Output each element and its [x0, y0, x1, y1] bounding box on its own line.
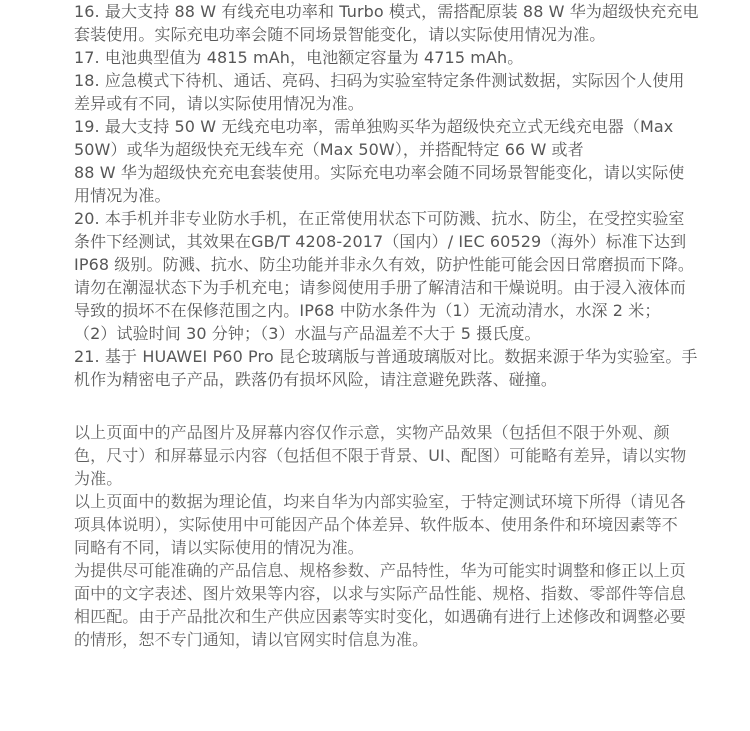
disclaimer-updates: 为提供尽可能准确的产品信息、规格参数、产品特性，华为可能实时调整和修正以上页 面…	[74, 559, 694, 651]
footnote-line: 18. 应急模式下待机、通话、亮码、扫码为实验室特定条件测试数据，实际因个人使用	[74, 69, 694, 92]
disclaimer-line: 项具体说明），实际使用中可能因产品个体差异、软件版本、使用条件和环境因素等不	[74, 513, 694, 536]
disclaimer-line: 相匹配。由于产品批次和生产供应因素等实时变化，如遇确有进行上述修改和调整必要	[74, 605, 694, 628]
footnote-line: 机作为精密电子产品，跌落仍有损坏风险，请注意避免跌落、碰撞。	[74, 368, 694, 391]
footnote-line: 用情况为准。	[74, 184, 694, 207]
disclaimer-line: 色，尺寸）和屏幕显示内容（包括但不限于背景、UI、配图）可能略有差异，请以实物	[74, 444, 694, 467]
disclaimer-line: 面中的文字表述、图片效果等内容，以求与实际产品性能、规格、指数、零部件等信息	[74, 582, 694, 605]
footnote-line: 21. 基于 HUAWEI P60 Pro 昆仑玻璃版与普通玻璃版对比。数据来源…	[74, 345, 694, 368]
footnote-line: 19. 最大支持 50 W 无线充电功率，需单独购买华为超级快充立式无线充电器（…	[74, 115, 694, 138]
footnote-line: 16. 最大支持 88 W 有线充电功率和 Turbo 模式，需搭配原装 88 …	[74, 0, 694, 23]
footnote-line: IP68 级别。防溅、抗水、防尘功能并非永久有效，防护性能可能会因日常磨损而下降…	[74, 253, 694, 276]
disclaimer-line: 以上页面中的数据为理论值，均来自华为内部实验室，于特定测试环境下所得（请见各	[74, 490, 694, 513]
section-spacer	[74, 391, 694, 421]
disclaimer-line: 为准。	[74, 467, 694, 490]
footnote-21: 21. 基于 HUAWEI P60 Pro 昆仑玻璃版与普通玻璃版对比。数据来源…	[74, 345, 694, 391]
footnote-19: 19. 最大支持 50 W 无线充电功率，需单独购买华为超级快充立式无线充电器（…	[74, 115, 694, 207]
footnote-line: 套装使用。实际充电功率会随不同场景智能变化，请以实际使用情况为准。	[74, 23, 694, 46]
disclaimer-data: 以上页面中的数据为理论值，均来自华为内部实验室，于特定测试环境下所得（请见各 项…	[74, 490, 694, 559]
footnotes-page: 16. 最大支持 88 W 有线充电功率和 Turbo 模式，需搭配原装 88 …	[74, 0, 694, 651]
disclaimer-line: 的情形，恕不专门通知，请以官网实时信息为准。	[74, 628, 694, 651]
disclaimer-line: 以上页面中的产品图片及屏幕内容仅作示意，实物产品效果（包括但不限于外观、颜	[74, 421, 694, 444]
footnote-20: 20. 本手机并非专业防水手机，在正常使用状态下可防溅、抗水、防尘，在受控实验室…	[74, 207, 694, 345]
footnote-line: 50W）或华为超级快充无线车充（Max 50W），并搭配特定 66 W 或者	[74, 138, 694, 161]
disclaimer-images: 以上页面中的产品图片及屏幕内容仅作示意，实物产品效果（包括但不限于外观、颜 色，…	[74, 421, 694, 490]
footnote-line: 请勿在潮湿状态下为手机充电；请参阅使用手册了解清洁和干燥说明。由于浸入液体而	[74, 276, 694, 299]
footnote-line: 17. 电池典型值为 4815 mAh，电池额定容量为 4715 mAh。	[74, 46, 694, 69]
disclaimer-line: 同略有不同，请以实际使用的情况为准。	[74, 536, 694, 559]
footnote-16: 16. 最大支持 88 W 有线充电功率和 Turbo 模式，需搭配原装 88 …	[74, 0, 694, 46]
footnote-18: 18. 应急模式下待机、通话、亮码、扫码为实验室特定条件测试数据，实际因个人使用…	[74, 69, 694, 115]
disclaimer-list: 以上页面中的产品图片及屏幕内容仅作示意，实物产品效果（包括但不限于外观、颜 色，…	[74, 421, 694, 651]
footnote-line: 条件下经测试，其效果在GB/T 4208-2017（国内）/ IEC 60529…	[74, 230, 694, 253]
footnotes-list: 16. 最大支持 88 W 有线充电功率和 Turbo 模式，需搭配原装 88 …	[74, 0, 694, 391]
footnote-17: 17. 电池典型值为 4815 mAh，电池额定容量为 4715 mAh。	[74, 46, 694, 69]
footnote-line: （2）试验时间 30 分钟；（3）水温与产品温差不大于 5 摄氏度。	[74, 322, 694, 345]
footnote-line: 导致的损坏不在保修范围之内。IP68 中防水条件为（1）无流动清水，水深 2 米…	[74, 299, 694, 322]
footnote-line: 20. 本手机并非专业防水手机，在正常使用状态下可防溅、抗水、防尘，在受控实验室	[74, 207, 694, 230]
footnote-line: 差异或有不同，请以实际使用情况为准。	[74, 92, 694, 115]
disclaimer-line: 为提供尽可能准确的产品信息、规格参数、产品特性，华为可能实时调整和修正以上页	[74, 559, 694, 582]
footnote-line: 88 W 华为超级快充充电套装使用。实际充电功率会随不同场景智能变化，请以实际使	[74, 161, 694, 184]
